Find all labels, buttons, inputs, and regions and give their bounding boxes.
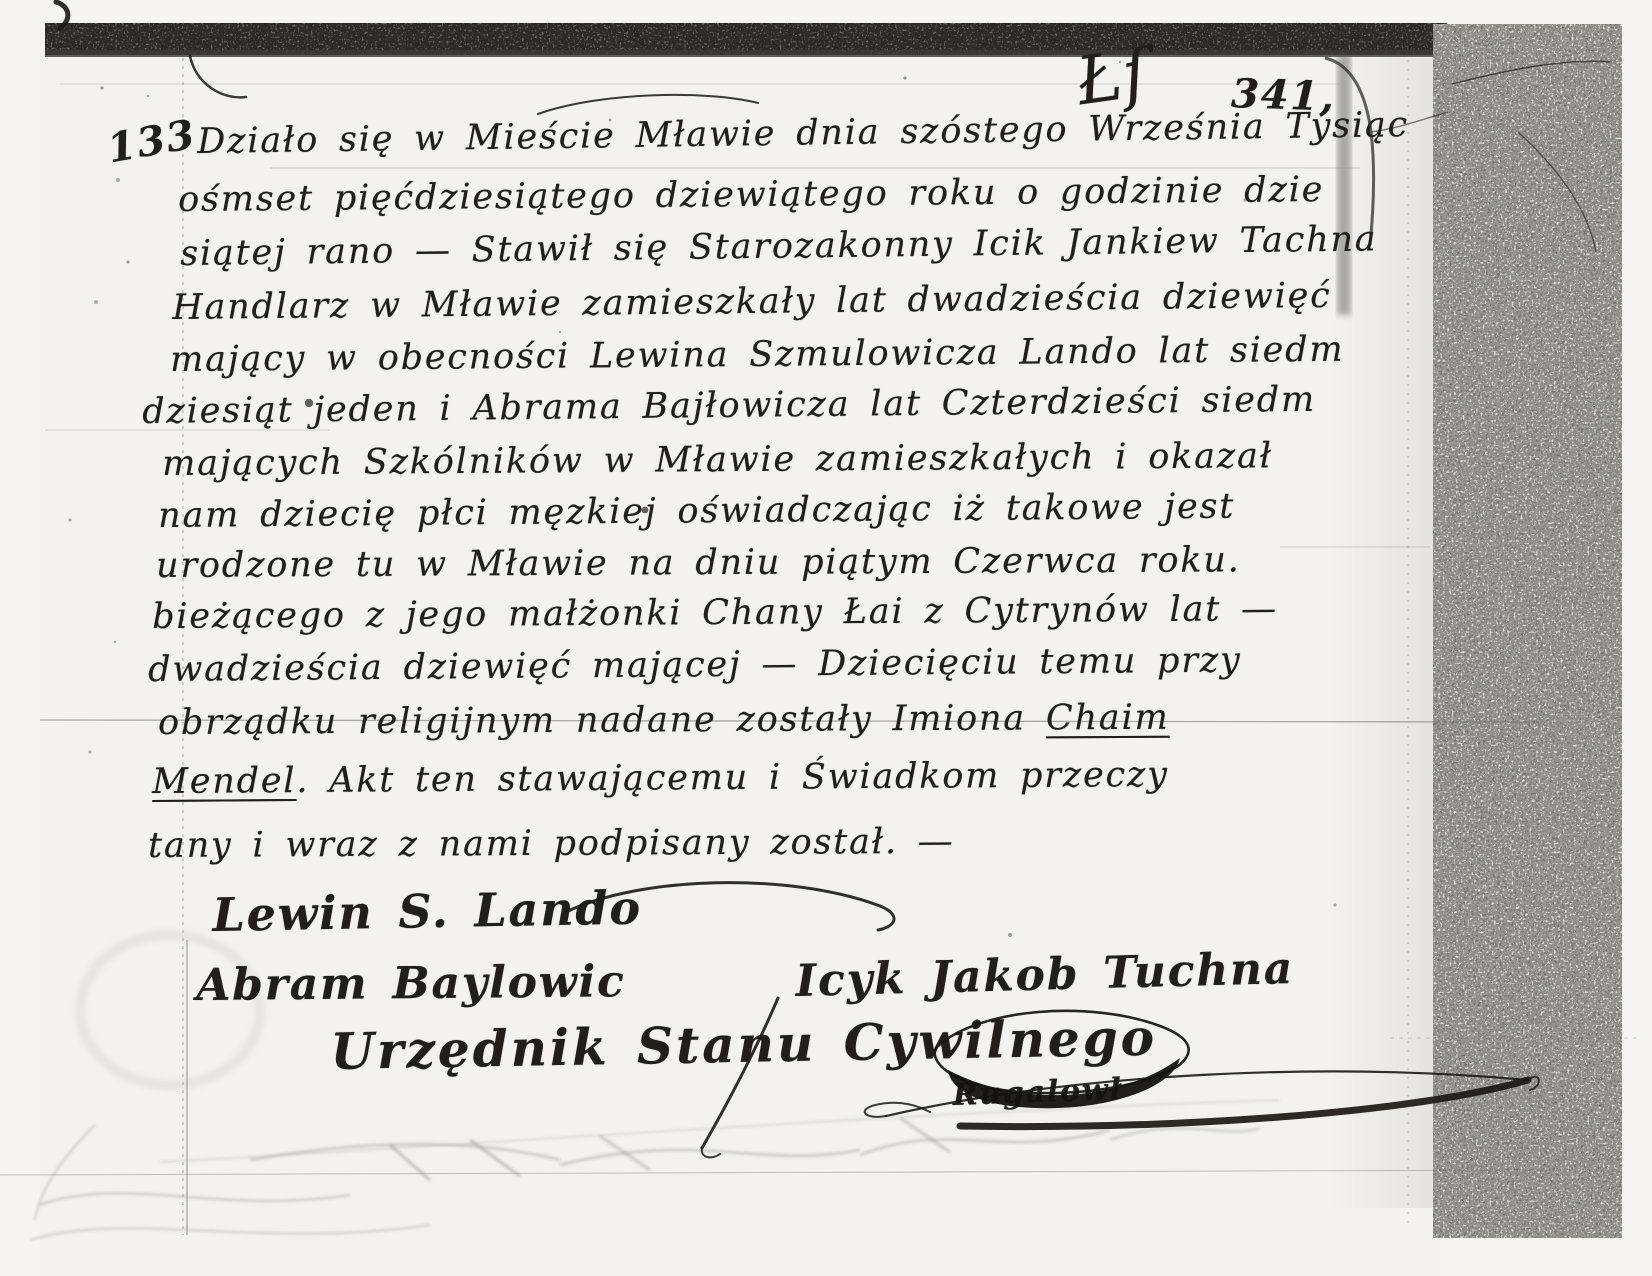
signature-witness-baylowic: Abram Baylowic [196, 956, 626, 1011]
record-line-14: tany i wraz z nami podpisany został. — [148, 822, 955, 866]
bar-hook-stroke [190, 56, 246, 97]
record-line-3: siątej rano — Stawił się Starozakonny Ic… [180, 219, 1378, 274]
official-title: Urzędnik Stanu Cywilnego [330, 1008, 1157, 1081]
entry-number: 133 [104, 111, 200, 173]
child-second-name: Mendel [152, 761, 296, 802]
record-line-6: dziesiąt jeden i Abrama Bajłowicza lat C… [142, 380, 1316, 432]
record-line-13: Mendel. Akt ten stawającemu i Świadkom p… [152, 755, 1169, 802]
child-first-name: Chaim [1046, 698, 1170, 739]
record-line-8: nam dziecię płci męzkiej oświadczając iż… [158, 487, 1235, 536]
corner-ink-mark [56, 2, 68, 28]
line-12-text: obrządku religijnym nadane zostały Imion… [158, 698, 1046, 743]
record-line-9: urodzone tu w Mławie na dniu piątym Czer… [156, 540, 1241, 586]
record-line-5: mający w obecności Lewina Szmulowicza La… [170, 330, 1345, 380]
record-line-11: dwadzieścia dziewięć mającej — Dziecięci… [148, 640, 1242, 690]
record-line-1: Działo się w Mieście Mławie dnia szósteg… [197, 105, 1409, 162]
line-13-text: . Akt ten stawającemu i Świadkom przeczy [296, 755, 1169, 801]
record-line-10: bieżącego z jego małżonki Chany Łai z Cy… [152, 589, 1278, 637]
record-line-7: mających Szkólników w Mławie zamieszkały… [162, 436, 1273, 484]
signature-declarant-tuchna: Icyk Jakob Tuchna [795, 943, 1295, 1007]
record-line-2: ośmset pięćdziesiątego dziewiątego roku … [178, 170, 1324, 220]
signature-witness-lando: Lewin S. Lando [212, 881, 642, 942]
scanned-birth-record: 133 Łſ 341, Działo się w Mieście Mławie … [0, 0, 1652, 1276]
corner-flourish-mark: Łſ [1072, 34, 1154, 120]
book-gutter-shadow-bar [45, 23, 1447, 57]
bleed-through-marks [30, 1100, 1280, 1240]
line1-overswash [538, 95, 758, 114]
record-line-12: obrządku religijnym nadane zostały Imion… [158, 698, 1170, 743]
record-line-4: Handlarz w Mławie zamieszkały lat dwadzi… [172, 276, 1332, 328]
signature-official: Rugalowł [952, 1072, 1123, 1113]
binding-texture-band [1433, 24, 1622, 1238]
